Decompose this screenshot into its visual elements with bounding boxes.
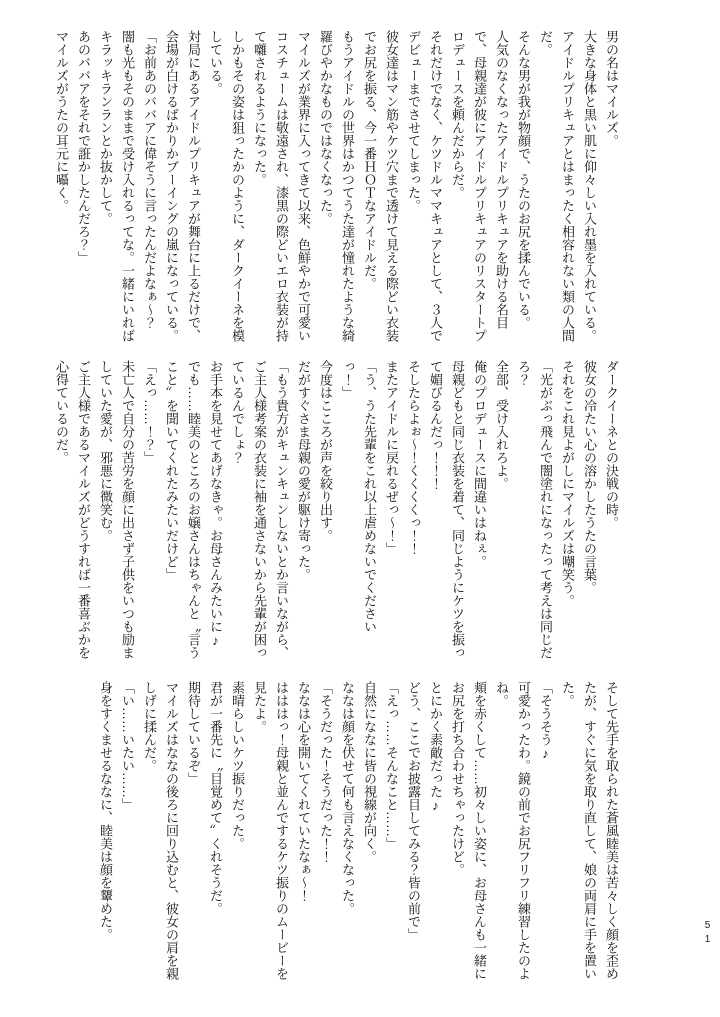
text-line: 「もう貴方がキュンキュンしないとか言いながら、ご主人様考案の衣装に袖を通さないか… (226, 360, 292, 664)
text-line: 俺のプロデュースに間違いはねぇ。 (468, 360, 490, 664)
text-line: だがすぐさま母親の愛が駆け寄った。 (292, 360, 314, 664)
text-band-bottom: そして先手を取られた蒼風睦美は苦々しく顔を歪めたが、すぐに気を取り直して、娘の両… (94, 681, 622, 983)
text-line: 「う、うた先輩をこれ以上虐めないでくださいっ！」 (336, 360, 380, 664)
text-line: 頬を赤くして……初々しい姿に、お母さんも一緒にお尻を打ち合わせちゃったけど。 (446, 681, 490, 983)
text-line: とにかく素敵だった♪ (424, 681, 446, 983)
text-line: しかもその姿は狙ったかのように、ダークイーネを模している。 (204, 30, 248, 345)
text-line: そしたらよぉ～！くくくくっ！！ (402, 360, 424, 664)
text-line: 「えっ……そんなこと……」 (380, 681, 402, 983)
text-line: どう、ここでお披露目してみる？皆の前で」 (402, 681, 424, 983)
text-line: 全部、受け入れろよ。 (490, 360, 512, 664)
text-line: もうアイドルの世界はかつてうた達が憧れたような綺羅びやかなものではなくなった。 (314, 30, 358, 345)
text-line: 可愛かったわ。鏡の前でお尻フリフリ練習したのよね。 (490, 681, 534, 983)
text-line: 男の名はマイルズ。 (600, 30, 622, 345)
text-line: 彼女達はマン筋やケツ穴まで透けて見える際どい衣装でお尻を振る、今一番ＨＯＴなアイ… (358, 30, 402, 345)
text-line: またアイドルに戻れるぜっ～！」 (380, 360, 402, 664)
text-line: 彼女の冷たい心の溶かしたうたの言葉。 (578, 360, 600, 664)
text-line: でも……睦美のところのお嬢さんはちゃんと〝言うこと〞を聞いてくれたみたいだけど」 (160, 360, 204, 664)
text-line: それだけでなく、ケツドルママキュアとして、３人でデビューまでさせてしまった。 (402, 30, 446, 345)
text-line: 対局にあるアイドルプリキュアが舞台に上るだけで、会場が白けるばかりかブーイングの… (160, 30, 204, 345)
text-line: 闇も光もそのままで受け入れるってな。一緒にいればキラッキランランとか抜かして。 (94, 30, 138, 345)
text-line: 自然にななに皆の視線が向く。 (358, 681, 380, 983)
text-line: マイルズがうたの耳元に囁く。 (50, 30, 72, 345)
text-line: 母親どもと同じ衣装を着て、同じようにケツを振って媚びるんだっ！！！ (424, 360, 468, 664)
text-line: 身をすくませるななに、睦美は顔を顰めた。 (94, 681, 116, 983)
text-line: はははっ！母親と並んでするケツ振りのムービーを見たよ。 (248, 681, 292, 983)
text-line: 素晴らしいケツ振りだった。 (226, 681, 248, 983)
text-band-top: 男の名はマイルズ。大きな身体と黒い肌に仰々しい入れ墨を入れている。アイドルプリキ… (50, 30, 622, 345)
text-line: あのババアをそれで誑かしたんだろ？」 (72, 30, 94, 345)
text-line: 期待しているぞ」 (182, 681, 204, 983)
text-line: 「そうだった！そうだった！！ (314, 681, 336, 983)
text-area: 男の名はマイルズ。大きな身体と黒い肌に仰々しい入れ墨を入れている。アイドルプリキ… (50, 30, 622, 983)
text-line: 人気のなくなったアイドルプリキュアを助ける名目で、母親達が彼にアイドルプリキュア… (446, 30, 512, 345)
text-line: ダークイーネとの決戦の時。 (600, 360, 622, 664)
text-line: それをこれ見よがしにマイルズは嘲笑う。 (556, 360, 578, 664)
novel-page: 男の名はマイルズ。大きな身体と黒い肌に仰々しい入れ墨を入れている。アイドルプリキ… (0, 0, 720, 1017)
text-line: 「お前あのババアに偉そうに言ったんだよなぁ～？ (138, 30, 160, 345)
text-line: 「光がぶっ飛んで闇塗れになったって考えは同じだろ？ (512, 360, 556, 664)
text-line: 「い……いたい……」 (116, 681, 138, 983)
text-line: 未亡人で自分の苦労を顔に出さず子供をいつも励ましていた愛が、邪悪に微笑む。 (94, 360, 138, 664)
text-line: 君が一番先に〝目覚めて〞くれそうだ。 (204, 681, 226, 983)
text-band-middle: ダークイーネとの決戦の時。彼女の冷たい心の溶かしたうたの言葉。それをこれ見よがし… (50, 360, 622, 664)
text-line: そんな男が我が物顔で、うたのお尻を揉んでいる。 (512, 30, 534, 345)
text-line: ご主人様であるマイルズがどうすれば一番喜ぶかを心得ているのだ。 (50, 360, 94, 664)
text-line: 「そうそう♪ (534, 681, 556, 983)
text-line: マイルズはななの後ろに回り込むと、彼女の肩を親しげに揉んだ。 (138, 681, 182, 983)
text-line: マイルズが業界に入ってきて以来、色鮮やかで可愛いコスチュームは敬遠され、漆黒の際… (248, 30, 314, 345)
text-line: 「えっ……！？」 (138, 360, 160, 664)
text-line: アイドルプリキュアとはまったく相容れない類の人間だ。 (534, 30, 578, 345)
text-line: 大きな身体と黒い肌に仰々しい入れ墨を入れている。 (578, 30, 600, 345)
page-number: 51 (702, 920, 712, 948)
text-line: ななは心を開いてくれていたなぁ～！ (292, 681, 314, 983)
text-line: そして先手を取られた蒼風睦美は苦々しく顔を歪めたが、すぐに気を取り直して、娘の両… (556, 681, 622, 983)
text-line: お手本を見せてあげなきゃ。お母さんみたいに♪ (204, 360, 226, 664)
text-line: ななは顔を伏せて何も言えなくなった。 (336, 681, 358, 983)
text-line: 今度はこころが声を絞り出す。 (314, 360, 336, 664)
